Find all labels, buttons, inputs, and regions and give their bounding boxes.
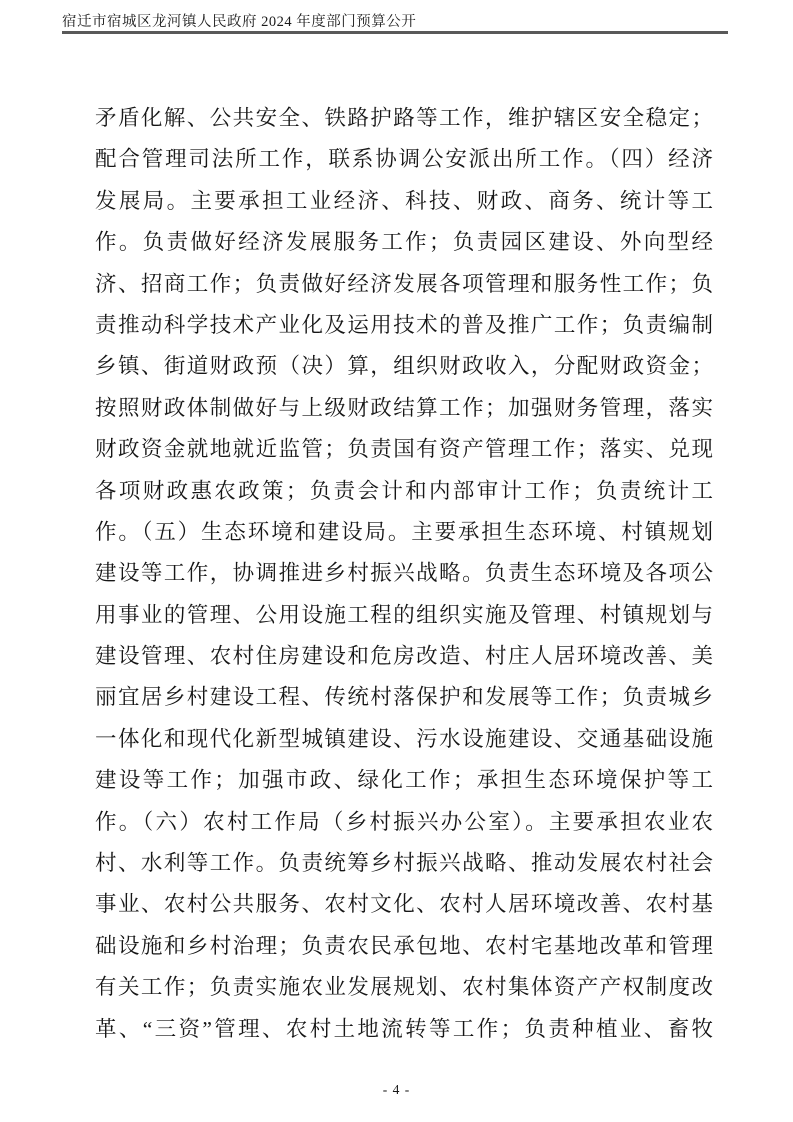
body-line: 责推动科学技术产业化及运用技术的普及推广工作；负责编制	[95, 305, 713, 346]
body-line: 发展局。主要承担工业经济、科技、财政、商务、统计等工	[95, 181, 713, 222]
document-page: 宿迁市宿城区龙河镇人民政府 2024 年度部门预算公开 矛盾化解、公共安全、铁路…	[0, 0, 793, 1122]
body-line: 按照财政体制做好与上级财政结算工作；加强财务管理，落实	[95, 388, 713, 429]
body-line: 矛盾化解、公共安全、铁路护路等工作，维护辖区安全稳定；	[95, 98, 713, 139]
header-rule	[62, 31, 728, 34]
page-number: - 4 -	[383, 1082, 411, 1097]
body-line: 作。负责做好经济发展服务工作；负责园区建设、外向型经	[95, 222, 713, 263]
body-line: 作。（五）生态环境和建设局。主要承担生态环境、村镇规划	[95, 512, 713, 553]
body-line: 乡镇、街道财政预（决）算，组织财政收入，分配财政资金；	[95, 346, 713, 387]
body-line: 一体化和现代化新型城镇建设、污水设施建设、交通基础设施	[95, 719, 713, 760]
body-line: 作。（六）农村工作局（乡村振兴办公室）。主要承担农业农	[95, 802, 713, 843]
header-title: 宿迁市宿城区龙河镇人民政府 2024 年度部门预算公开	[62, 10, 416, 31]
body-line: 有关工作；负责实施农业发展规划、农村集体资产产权制度改	[95, 967, 713, 1008]
body-line: 建设管理、农村住房建设和危房改造、村庄人居环境改善、美	[95, 636, 713, 677]
body-line: 配合管理司法所工作，联系协调公安派出所工作。（四）经济	[95, 139, 713, 180]
body-line: 财政资金就地就近监管；负责国有资产管理工作；落实、兑现	[95, 429, 713, 470]
page-footer: - 4 -	[0, 1082, 793, 1098]
body-line: 济、招商工作；负责做好经济发展各项管理和服务性工作；负	[95, 264, 713, 305]
body-line: 事业、农村公共服务、农村文化、农村人居环境改善、农村基	[95, 884, 713, 925]
body-line: 建设等工作；加强市政、绿化工作；承担生态环境保护等工	[95, 760, 713, 801]
body-line: 各项财政惠农政策；负责会计和内部审计工作；负责统计工	[95, 471, 713, 512]
body-line: 用事业的管理、公用设施工程的组织实施及管理、村镇规划与	[95, 595, 713, 636]
body-line: 础设施和乡村治理；负责农民承包地、农村宅基地改革和管理	[95, 926, 713, 967]
body-line: 丽宜居乡村建设工程、传统村落保护和发展等工作；负责城乡	[95, 677, 713, 718]
document-body: 矛盾化解、公共安全、铁路护路等工作，维护辖区安全稳定； 配合管理司法所工作，联系…	[95, 98, 713, 1050]
body-line: 革、“三资”管理、农村土地流转等工作；负责种植业、畜牧	[95, 1009, 713, 1050]
body-line: 村、水利等工作。负责统筹乡村振兴战略、推动发展农村社会	[95, 843, 713, 884]
body-line: 建设等工作，协调推进乡村振兴战略。负责生态环境及各项公	[95, 553, 713, 594]
